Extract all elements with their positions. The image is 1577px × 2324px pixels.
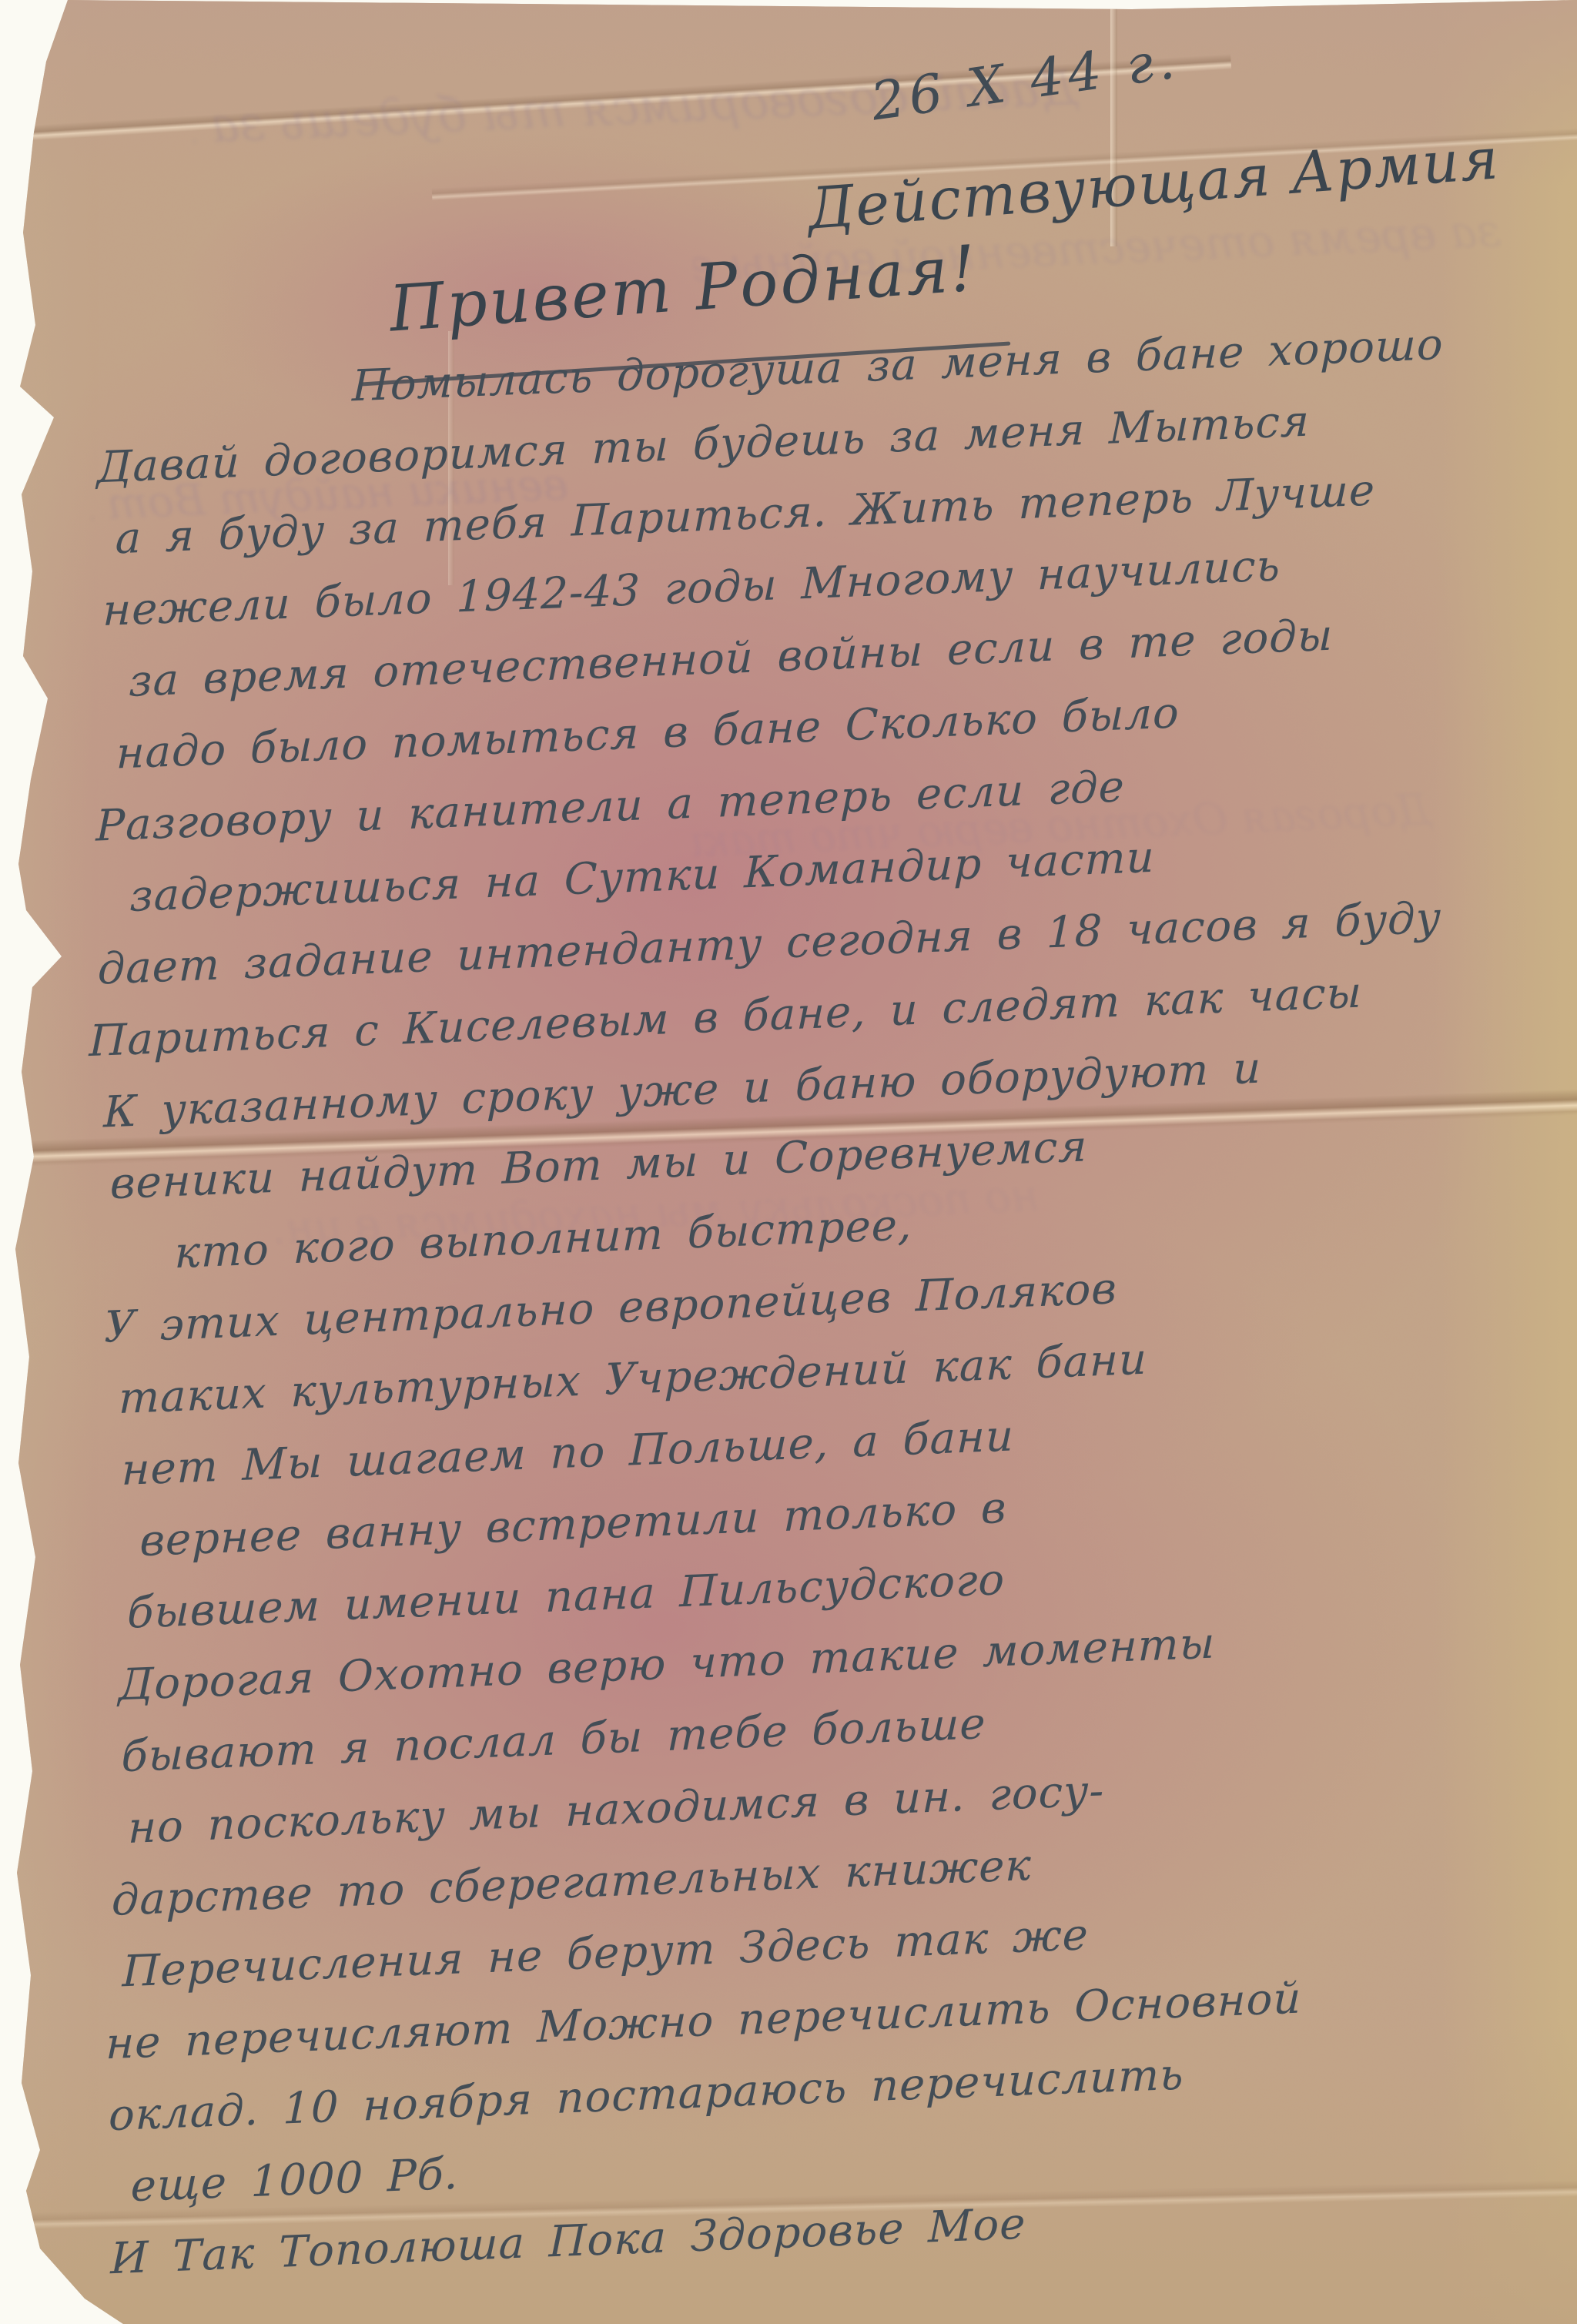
letter-paper: Давай договоримся ты будешь за меня Мыть… <box>0 0 1577 2324</box>
letter-body: Помылась дорогуша за меня в бане хорошоД… <box>72 304 1561 2296</box>
scanned-letter: Давай договоримся ты будешь за меня Мыть… <box>0 0 1577 2324</box>
